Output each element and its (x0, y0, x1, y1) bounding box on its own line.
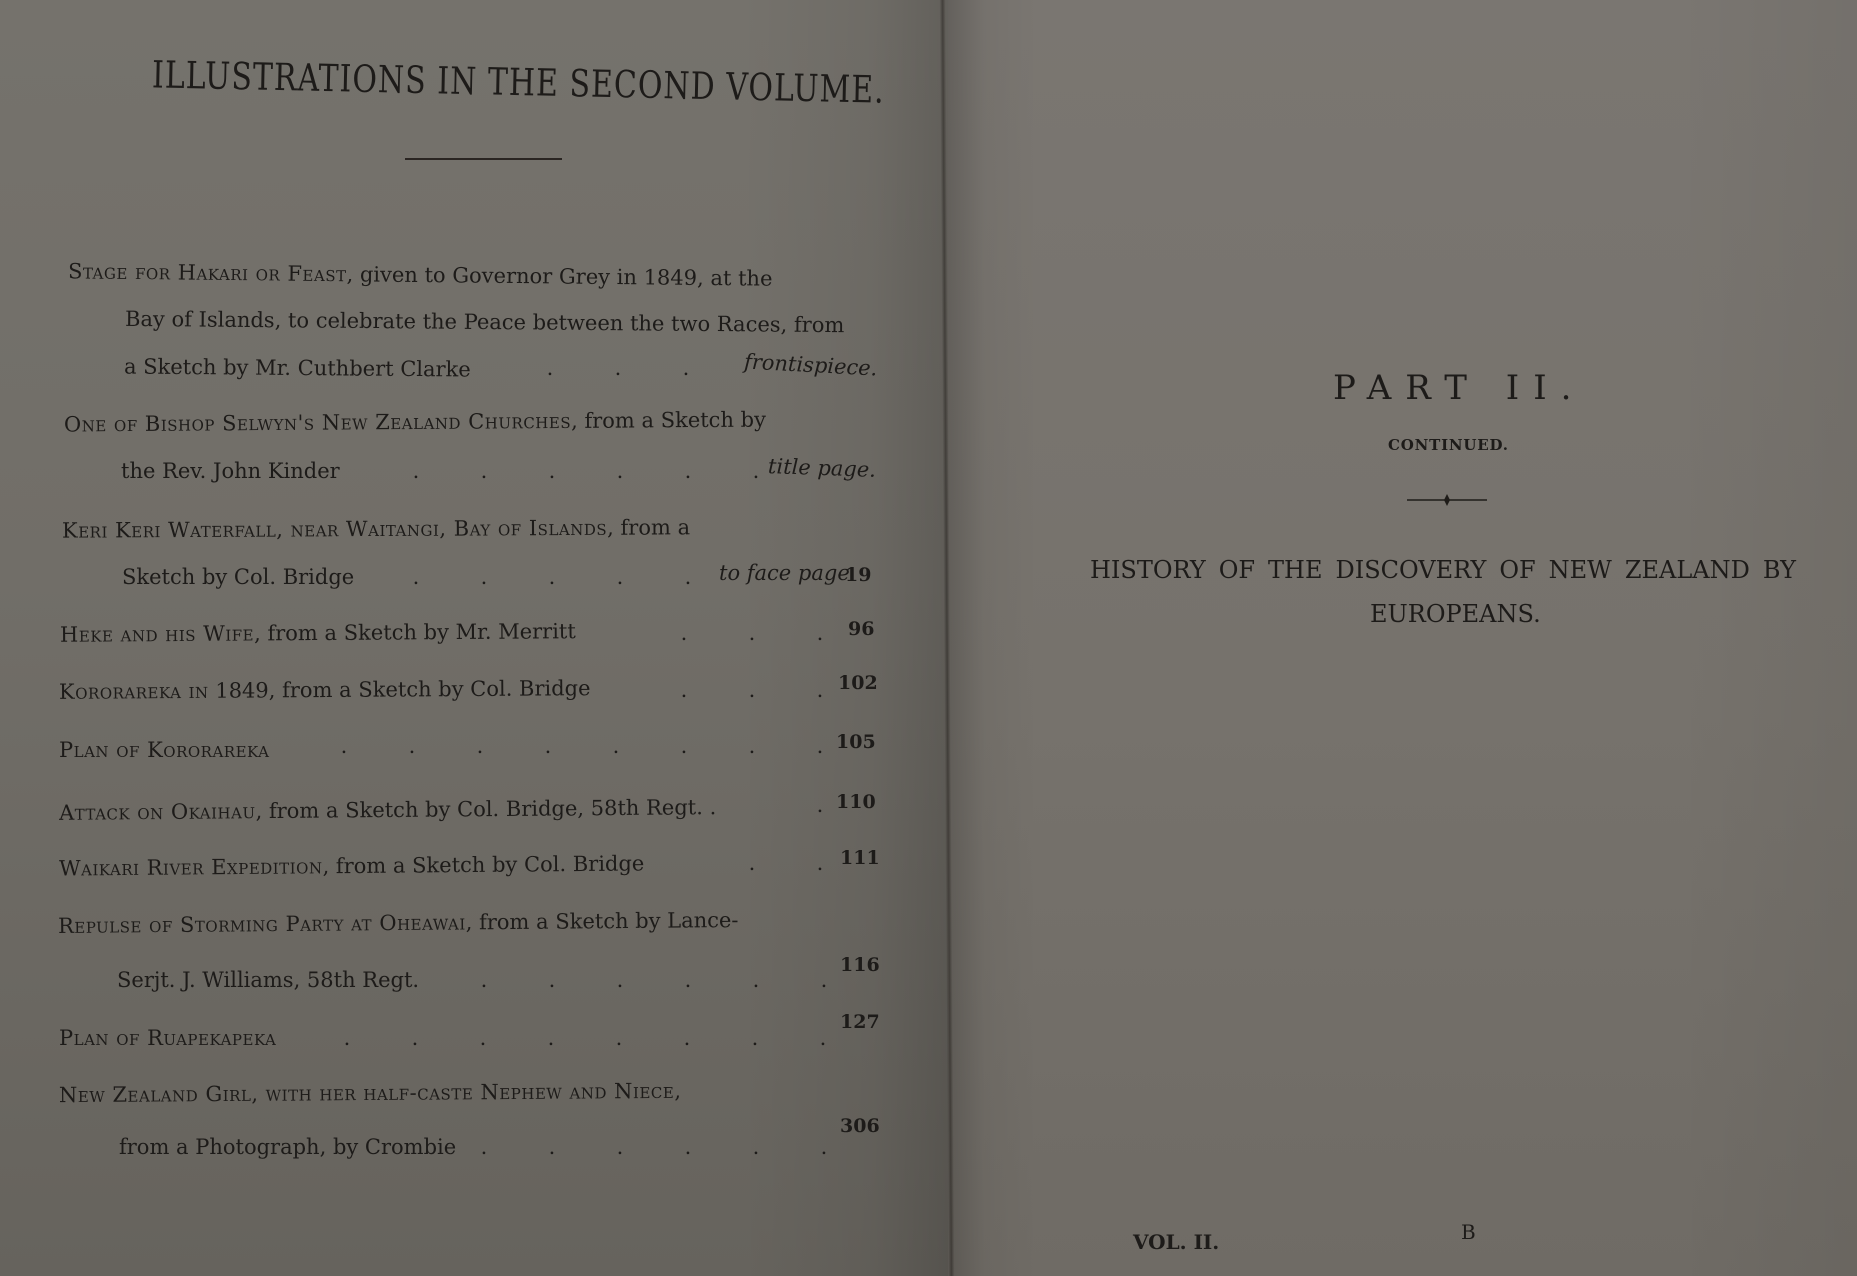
entry-text: , from a (607, 515, 690, 539)
entry-title: Waikari River Expedition (59, 854, 323, 880)
entry-line: Plan of Kororareka (59, 740, 269, 761)
dot-leaders: ........ (310, 736, 854, 757)
page-number: 102 (838, 674, 878, 693)
dot-leaders: ... (650, 623, 854, 644)
section-heading-line1: HISTORY OF THE DISCOVERY OF NEW ZEALAND … (1090, 556, 1796, 584)
entry-title: Stage for Hakari or Feast (68, 259, 347, 286)
entry-text: 1849, from a Sketch by Col. Bridge (209, 676, 591, 703)
dot-leaders: .. (718, 853, 854, 874)
dot-leaders: ..... (382, 567, 722, 588)
entry-line: Kororareka in 1849, from a Sketch by Col… (59, 678, 591, 703)
entry-title: New Zealand Girl, with her half-caste Ne… (59, 1079, 682, 1107)
dot-leaders: ...... (450, 1137, 858, 1158)
entry-line: Attack on Okaihau, from a Sketch by Col.… (59, 797, 716, 824)
dot-leaders: ... (650, 680, 854, 701)
page-number: 116 (840, 956, 880, 975)
entry-title: Plan of Kororareka (59, 738, 269, 762)
entry-text: , given to Governor Grey in 1849, at the (346, 262, 772, 290)
dot-leaders: ...... (450, 970, 858, 991)
entry-line: the Rev. John Kinder (121, 461, 340, 482)
entry-text: , from a Sketch by Lance- (466, 908, 739, 934)
entry-line: from a Photograph, by Crombie (119, 1137, 456, 1158)
entry-line: Heke and his Wife, from a Sketch by Mr. … (60, 621, 576, 646)
section-heading-line2: EUROPEANS. (1370, 600, 1541, 628)
page-reference: title page. (768, 456, 877, 481)
page-number: 110 (836, 793, 876, 812)
page-reference: frontispiece. (744, 352, 878, 380)
entry-text: , from a Sketch by Col. Bridge (322, 851, 644, 878)
page-reference-prefix: to face page (719, 563, 850, 584)
entry-line: Serjt. J. Williams, 58th Regt. (117, 970, 419, 991)
entry-line: Plan of Ruapekapeka (59, 1028, 276, 1049)
entry-title: Attack on Okaihau (59, 799, 256, 825)
entry-line: a Sketch by Mr. Cuthbert Clarke (124, 356, 471, 380)
entry-line: Stage for Hakari or Feast, given to Gove… (68, 261, 773, 289)
entry-title: Keri Keri Waterfall, near Waitangi, Bay … (62, 516, 607, 543)
dot-leaders: ... (516, 358, 720, 379)
ornament-divider-icon (1407, 493, 1487, 507)
entry-title: Kororareka in (59, 679, 209, 704)
entry-line: One of Bishop Selwyn's New Zealand Churc… (64, 410, 766, 436)
entry-text: , from a Sketch by Col. Bridge, 58th Reg… (255, 795, 716, 823)
page-number: 111 (840, 849, 880, 868)
footer-volume-label: VOL. II. (1133, 1230, 1219, 1254)
entry-line: Bay of Islands, to celebrate the Peace b… (125, 309, 844, 336)
entry-line: Repulse of Storming Party at Oheawai, fr… (58, 910, 739, 937)
footer-signature-mark: B (1461, 1220, 1476, 1244)
entry-line: Waikari River Expedition, from a Sketch … (59, 853, 644, 879)
entry-title: Repulse of Storming Party at Oheawai (58, 910, 466, 938)
entry-title: One of Bishop Selwyn's New Zealand Churc… (64, 409, 571, 437)
entry-text: , from a Sketch by (571, 408, 766, 433)
part-subtitle: CONTINUED. (1388, 436, 1509, 454)
title-rule-divider (405, 158, 562, 160)
right-page (948, 0, 1857, 1276)
entry-text: , from a Sketch by Mr. Merritt (254, 619, 576, 645)
entry-line: Sketch by Col. Bridge (122, 567, 354, 588)
part-title: PART II. (1333, 368, 1585, 408)
entry-line: Keri Keri Waterfall, near Waitangi, Bay … (62, 517, 690, 541)
page-number: 306 (840, 1117, 880, 1136)
book-spread: ILLUSTRATIONS IN THE SECOND VOLUME. Stag… (0, 0, 1857, 1276)
left-page: ILLUSTRATIONS IN THE SECOND VOLUME. Stag… (0, 0, 948, 1276)
entry-line: New Zealand Girl, with her half-caste Ne… (59, 1081, 682, 1106)
page-number: 19 (845, 566, 871, 585)
page-number: 96 (848, 620, 874, 639)
page-number: 105 (836, 733, 876, 752)
page-number: 127 (840, 1013, 880, 1032)
dot-leaders: ........ (313, 1028, 857, 1049)
dot-leaders: ...... (382, 461, 790, 482)
page-title: ILLUSTRATIONS IN THE SECOND VOLUME. (152, 54, 803, 111)
entry-title: Heke and his Wife (60, 621, 254, 646)
entry-title: Plan of Ruapekapeka (59, 1026, 276, 1050)
